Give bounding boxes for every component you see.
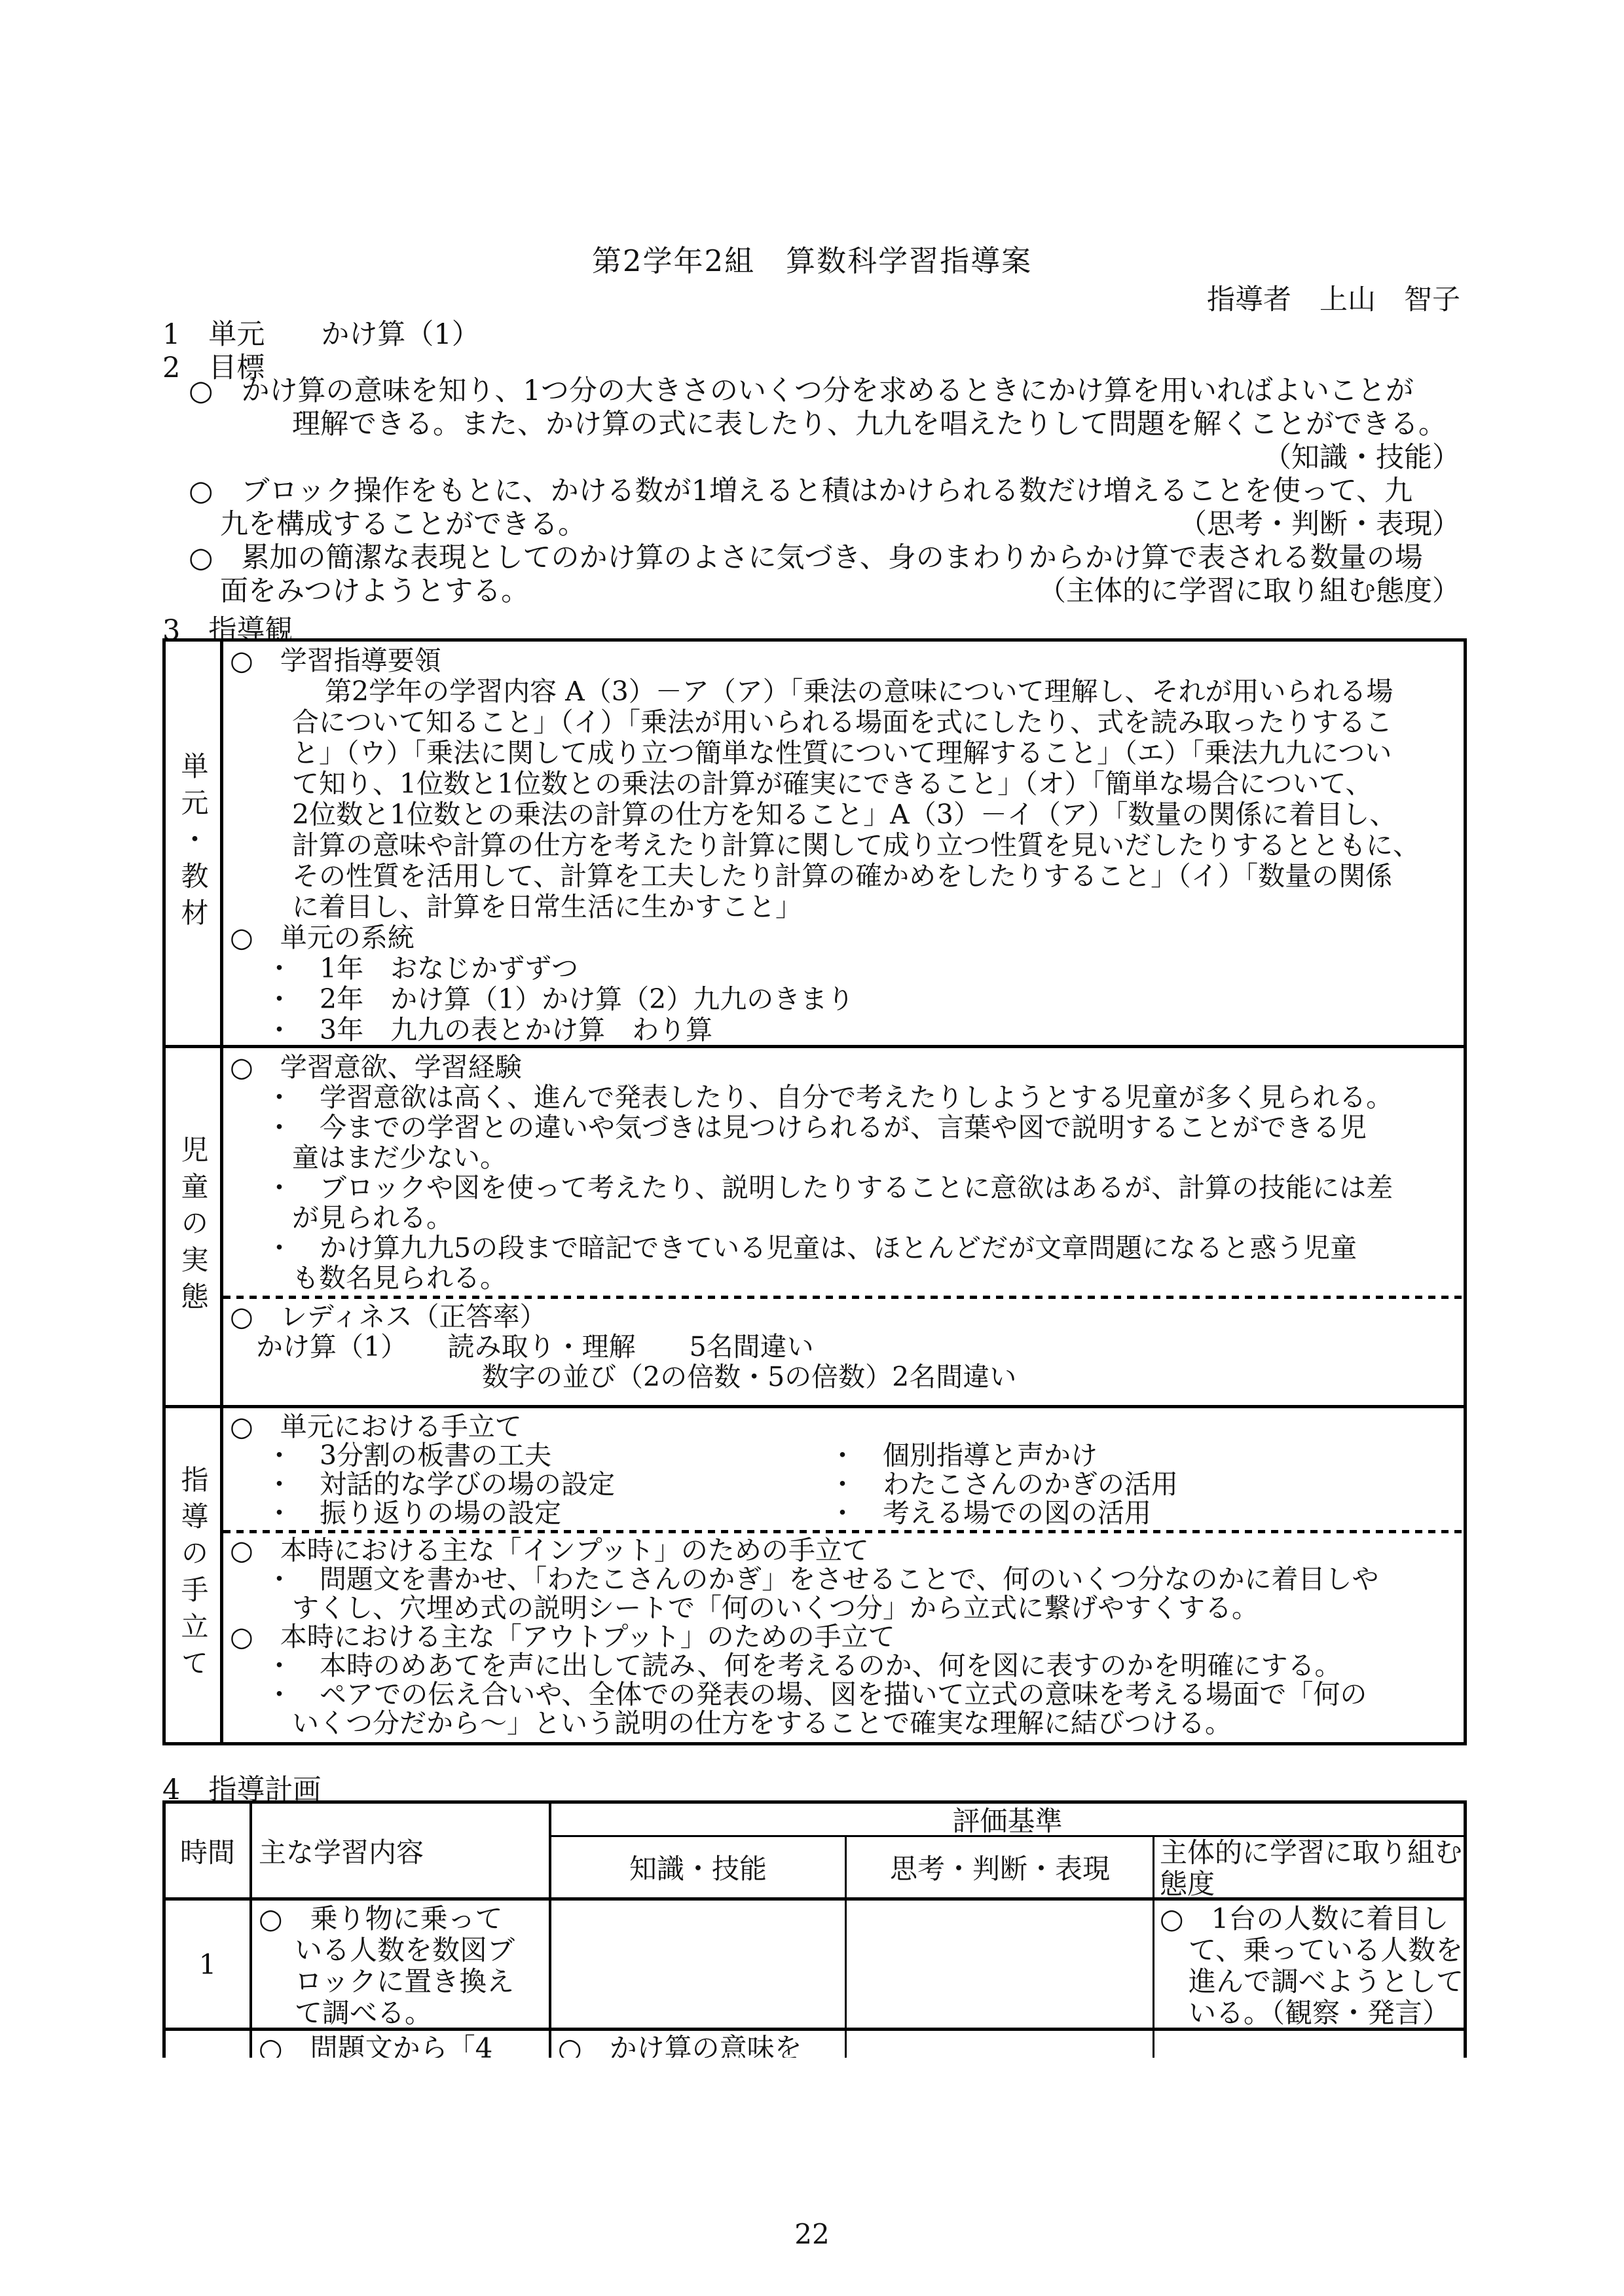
- plan-header-criteria: 評価基準: [551, 1804, 1464, 1835]
- line-text-column2: ・ わたこさんのかぎの活用: [829, 1470, 1178, 1499]
- table-row-unit-materials: 単元・教材 ○ 学習指導要領第2学年の学習内容 A（3）－ア（ア）「乗法の意味に…: [166, 642, 1464, 1045]
- line-text: かけ算（1） 読み取り・理解 5名間違い: [256, 1331, 814, 1362]
- text-line: ○ かけ算の意味を: [558, 2033, 845, 2058]
- text-line: ・ かけ算九九5の段まで暗記できている児童は、ほとんどだが文章問題になると惑う児…: [230, 1233, 1458, 1263]
- line-text: て調べる。: [295, 1997, 432, 2029]
- text-line: ○ 乗り物に乗って: [259, 1903, 547, 1935]
- text-line: ○ レディネス（正答率）: [230, 1302, 1458, 1332]
- text-line: （知識・技能）: [162, 441, 1467, 475]
- line-text: いる。（観察・発言）: [1189, 1997, 1450, 2029]
- line-text: ・ 問題文を書かせ、「わたこさんのかぎ」をさせることで、何のいくつ分なのかに着目…: [266, 1563, 1378, 1595]
- divider: [249, 1804, 252, 2058]
- plan-row2-content: ○ 問題文から「4: [259, 2033, 547, 2058]
- line-text: 進んで調べようとして: [1189, 1965, 1464, 1997]
- page-title: 第2学年2組 算数科学習指導案: [0, 237, 1624, 280]
- line-text: 面をみつけようとする。: [220, 575, 529, 608]
- text-line: て知り、1位数と1位数との乗法の計算が確実にできること」（オ）「簡単な場合につい…: [230, 769, 1458, 799]
- line-text: ロックに置き換え: [295, 1965, 514, 1997]
- text-line: ・ 学習意欲は高く、進んで発表したり、自分で考えたりしようとする児童が多く見られ…: [230, 1082, 1458, 1112]
- text-line: ・ ペアでの伝え合いや、全体での発表の場、図を描いて立式の意味を考える場面で「何…: [230, 1680, 1458, 1709]
- line-text: ・ ペアでの伝え合いや、全体での発表の場、図を描いて立式の意味を考える場面で「何…: [266, 1679, 1367, 1710]
- text-line: いる。（観察・発言）: [1160, 1997, 1464, 2029]
- line-text-column2: ・ 個別指導と声かけ: [829, 1441, 1098, 1470]
- text-line: ○ 学習意欲、学習経験: [230, 1052, 1458, 1082]
- text-line: いくつ分だから～」という説明の仕方をすることで確実な理解に結びつける。: [230, 1709, 1458, 1738]
- table-row-pupil-actual: 児童の実態 ○ 学習意欲、学習経験・ 学習意欲は高く、進んで発表したり、自分で考…: [166, 1045, 1464, 1405]
- text-line: ・ 3分割の板書の工夫・ 個別指導と声かけ: [230, 1441, 1458, 1470]
- text-line: ・ 3年 九九の表とかけ算 わり算: [230, 1015, 1458, 1045]
- dashed-divider: [223, 1296, 1464, 1299]
- line-text: ○ 学習指導要領: [230, 645, 441, 676]
- line-text: 第2学年の学習内容 A（3）－ア（ア）「乗法の意味について理解し、それが用いられ…: [325, 676, 1393, 707]
- text-line: ・ 2年 かけ算（1）かけ算（2）九九のきまり: [230, 984, 1458, 1015]
- evaluation-label: （主体的に学習に取り組む態度）: [1038, 575, 1460, 608]
- line-text: 数字の並び（2の倍数・5の倍数）2名間違い: [482, 1361, 1016, 1393]
- line-text: （知識・技能）: [1263, 441, 1460, 474]
- line-text: ・ ブロックや図を使って考えたり、説明したりすることに意欲はあるが、計算の技能に…: [266, 1172, 1393, 1203]
- text-line: ○ 累加の簡潔な表現としてのかけ算のよさに気づき、身のまわりからかけ算で表される…: [162, 541, 1467, 575]
- text-line: ロックに置き換え: [259, 1966, 547, 1997]
- line-text: て知り、1位数と1位数との乗法の計算が確実にできること」（オ）「簡単な場合につい…: [292, 768, 1373, 799]
- text-line: いる人数を数図ブ: [259, 1935, 547, 1966]
- line-text: 理解できる。また、かけ算の式に表したり、九九を唱えたりして問題を解くことができる…: [292, 408, 1447, 441]
- line-text: ○ 本時における主な「アウトプット」のための手立て: [230, 1621, 895, 1652]
- divider: [845, 1837, 847, 2058]
- text-line: ・ 1年 おなじかずずつ: [230, 953, 1458, 984]
- line-text: ・ 2年 かけ算（1）かけ算（2）九九のきまり: [266, 983, 854, 1015]
- line-text: に着目し、計算を日常生活に生かすこと」: [292, 891, 802, 922]
- text-line: に着目し、計算を日常生活に生かすこと」: [230, 892, 1458, 922]
- text-line: ・ 今までの学習との違いや気づきは見つけられるが、言葉や図で説明することができる…: [230, 1112, 1458, 1142]
- dashed-divider: [223, 1530, 1464, 1533]
- cell-pupil-actual: ○ 学習意欲、学習経験・ 学習意欲は高く、進んで発表したり、自分で考えたりしよう…: [223, 1048, 1464, 1405]
- text-line: 2位数と1位数との乗法の計算の仕方を知ること」A（3）－イ（ア）「数量の関係に着…: [230, 799, 1458, 830]
- plan-header-knowledge: 知識・技能: [551, 1837, 845, 1897]
- plan-header-attitude: 主体的に学習に取り組む 態度: [1160, 1837, 1462, 1897]
- text-line: ○ 本時における主な「インプット」のための手立て: [230, 1536, 1458, 1565]
- guidance-table: 単元・教材 ○ 学習指導要領第2学年の学習内容 A（3）－ア（ア）「乗法の意味に…: [162, 638, 1467, 1745]
- text-line: 面をみつけようとする。（主体的に学習に取り組む態度）: [162, 575, 1467, 608]
- plan-header-content: 主な学習内容: [259, 1804, 547, 1897]
- line-text: ・ 1年 おなじかずずつ: [266, 953, 578, 984]
- goals-block: ○ かけ算の意味を知り、1つ分の大きさのいくつ分を求めるときにかけ算を用いればよ…: [162, 374, 1467, 608]
- line-text: いる人数を数図ブ: [295, 1934, 515, 1966]
- text-line: と」（ウ）「乗法に関して成り立つ簡単な性質について理解すること」（エ）「乗法九九…: [230, 738, 1458, 769]
- line-text: ・ 3年 九九の表とかけ算 わり算: [266, 1014, 712, 1045]
- text-line: 進んで調べようとして: [1160, 1966, 1464, 1997]
- plan-header-thinking: 思考・判断・表現: [847, 1837, 1153, 1897]
- cell-teaching-measures: ○ 単元における手立て・ 3分割の板書の工夫・ 個別指導と声かけ・ 対話的な学び…: [223, 1408, 1464, 1742]
- line-text: ・ 振り返りの場の設定: [266, 1497, 561, 1529]
- line-text: が見られる。: [292, 1202, 453, 1233]
- plan-row2-knowledge: ○ かけ算の意味を: [558, 2033, 845, 2058]
- line-text: 合について知ること」（イ）「乗法が用いられる場面を式にしたり、式を読み取ったりす…: [292, 706, 1392, 738]
- text-line: ・ 振り返りの場の設定・ 考える場での図の活用: [230, 1499, 1458, 1527]
- text-line: ○ 問題文から「4: [259, 2033, 547, 2058]
- line-text: ○ 乗り物に乗って: [259, 1903, 503, 1935]
- line-text: ○ ブロック操作をもとに、かける数が1増えると積はかけられる数だけ増えることを使…: [189, 475, 1412, 507]
- text-line: ○ 1台の人数に着目し: [1160, 1903, 1464, 1935]
- line-text: ・ 対話的な学びの場の設定: [266, 1468, 615, 1500]
- plan-header-time: 時間: [166, 1804, 249, 1897]
- line-text: て、乗っている人数を: [1189, 1934, 1463, 1966]
- text-line: 合について知ること」（イ）「乗法が用いられる場面を式にしたり、式を読み取ったりす…: [230, 707, 1458, 738]
- divider: [1153, 1837, 1154, 2058]
- line-text: ○ 1台の人数に着目し: [1160, 1903, 1449, 1935]
- evaluation-label: （思考・判断・表現）: [1179, 508, 1460, 541]
- line-text: ○ 本時における主な「インプット」のための手立て: [230, 1535, 869, 1566]
- row-label-unit-materials: 単元・教材: [166, 642, 223, 1045]
- plan-row1-time: 1: [166, 1901, 249, 2028]
- text-line: ○ 単元の系統: [230, 922, 1458, 953]
- line-text: 九を構成することができる。: [220, 508, 586, 541]
- text-line: ○ 学習指導要領: [230, 646, 1458, 676]
- text-line: その性質を活用して、計算を工夫したり計算の確かめをしたりすること」（イ）「数量の…: [230, 861, 1458, 892]
- text-line: ・ 本時のめあてを声に出して読み、何を考えるのか、何を図に表すのかを明確にする。: [230, 1651, 1458, 1680]
- text-line: 童はまだ少ない。: [230, 1142, 1458, 1173]
- line-text: ○ 累加の簡潔な表現としてのかけ算のよさに気づき、身のまわりからかけ算で表される…: [189, 541, 1423, 574]
- page-number: 22: [0, 2218, 1624, 2250]
- line-text: ・ 本時のめあてを声に出して読み、何を考えるのか、何を図に表すのかを明確にする。: [266, 1650, 1341, 1681]
- text-line: て調べる。: [259, 1997, 547, 2029]
- line-text: ○ 問題文から「4: [259, 2032, 492, 2058]
- row-label-pupil-actual: 児童の実態: [166, 1048, 223, 1405]
- text-line: が見られる。: [230, 1203, 1458, 1233]
- line-text: 2位数と1位数との乗法の計算の仕方を知ること」A（3）－イ（ア）「数量の関係に着…: [292, 799, 1396, 830]
- line-text: ○ 学習意欲、学習経験: [230, 1051, 522, 1083]
- line-text-column2: ・ 考える場での図の活用: [829, 1499, 1151, 1527]
- text-line: も数名見られる。: [230, 1263, 1458, 1293]
- line-text: ・ 3分割の板書の工夫: [266, 1440, 551, 1471]
- line-text: その性質を活用して、計算を工夫したり計算の確かめをしたりすること」（イ）「数量の…: [292, 860, 1392, 892]
- line-text: ・ 今までの学習との違いや気づきは見つけられるが、言葉や図で説明することができる…: [266, 1112, 1367, 1143]
- text-line: 計算の意味や計算の仕方を考えたり計算に関して成り立つ性質を見いだしたりするととも…: [230, 830, 1458, 861]
- line-text: 童はまだ少ない。: [292, 1142, 507, 1173]
- text-line: 第2学年の学習内容 A（3）－ア（ア）「乗法の意味について理解し、それが用いられ…: [230, 676, 1458, 707]
- text-line: ○ 本時における主な「アウトプット」のための手立て: [230, 1622, 1458, 1651]
- text-line: ・ 問題文を書かせ、「わたこさんのかぎ」をさせることで、何のいくつ分なのかに着目…: [230, 1565, 1458, 1594]
- text-line: 九を構成することができる。（思考・判断・表現）: [162, 508, 1467, 541]
- line-text: と」（ウ）「乗法に関して成り立つ簡単な性質について理解すること」（エ）「乗法九九…: [292, 737, 1392, 769]
- text-line: 理解できる。また、かけ算の式に表したり、九九を唱えたりして問題を解くことができる…: [162, 408, 1467, 441]
- text-line: かけ算（1） 読み取り・理解 5名間違い: [230, 1332, 1458, 1362]
- text-line: ・ ブロックや図を使って考えたり、説明したりすることに意欲はあるが、計算の技能に…: [230, 1173, 1458, 1203]
- line-text: ・ かけ算九九5の段まで暗記できている児童は、ほとんどだが文章問題になると惑う児…: [266, 1232, 1357, 1264]
- plan-row1-attitude: ○ 1台の人数に着目して、乗っている人数を進んで調べようとしている。（観察・発言…: [1160, 1903, 1464, 2029]
- instructor-line: 指導者 上山 智子: [1207, 278, 1460, 318]
- text-line: ○ 単元における手立て: [230, 1412, 1458, 1441]
- text-line: 数字の並び（2の倍数・5の倍数）2名間違い: [230, 1362, 1458, 1392]
- row-label-teaching-measures: 指導の手立て: [166, 1408, 223, 1742]
- line-text: ○ 単元の系統: [230, 922, 415, 953]
- line-text: ○ かけ算の意味を: [558, 2032, 802, 2058]
- text-line: ○ ブロック操作をもとに、かける数が1増えると積はかけられる数だけ増えることを使…: [162, 475, 1467, 508]
- text-line: すくし、穴埋め式の説明シートで「何のいくつ分」から立式に繋げやすくする。: [230, 1594, 1458, 1622]
- text-line: て、乗っている人数を: [1160, 1935, 1464, 1966]
- line-text: ○ 単元における手立て: [230, 1411, 522, 1442]
- line-text: ○ かけ算の意味を知り、1つ分の大きさのいくつ分を求めるときにかけ算を用いればよ…: [189, 374, 1414, 407]
- line-text: 計算の意味や計算の仕方を考えたり計算に関して成り立つ性質を見いだしたりするととも…: [292, 829, 1420, 861]
- document-page: 第2学年2組 算数科学習指導案 指導者 上山 智子 1 単元 かけ算（1） 2 …: [0, 0, 1624, 2296]
- line-text: すくし、穴埋め式の説明シートで「何のいくつ分」から立式に繋げやすくする。: [292, 1592, 1259, 1624]
- cell-unit-materials: ○ 学習指導要領第2学年の学習内容 A（3）－ア（ア）「乗法の意味について理解し…: [223, 642, 1464, 1045]
- text-line: ・ 対話的な学びの場の設定・ わたこさんのかぎの活用: [230, 1470, 1458, 1499]
- line-text: ○ レディネス（正答率）: [230, 1301, 547, 1332]
- line-text: いくつ分だから～」という説明の仕方をすることで確実な理解に結びつける。: [292, 1707, 1232, 1739]
- table-row-teaching-measures: 指導の手立て ○ 単元における手立て・ 3分割の板書の工夫・ 個別指導と声かけ・…: [166, 1405, 1464, 1742]
- plan-table: 評価基準 時間 主な学習内容 知識・技能 思考・判断・表現 主体的に学習に取り組…: [162, 1800, 1467, 2058]
- plan-row1-content: ○ 乗り物に乗っている人数を数図ブロックに置き換えて調べる。: [259, 1903, 547, 2029]
- line-text: も数名見られる。: [292, 1262, 507, 1294]
- line-text: ・ 学習意欲は高く、進んで発表したり、自分で考えたりしようとする児童が多く見られ…: [266, 1082, 1393, 1113]
- text-line: ○ かけ算の意味を知り、1つ分の大きさのいくつ分を求めるときにかけ算を用いればよ…: [162, 374, 1467, 408]
